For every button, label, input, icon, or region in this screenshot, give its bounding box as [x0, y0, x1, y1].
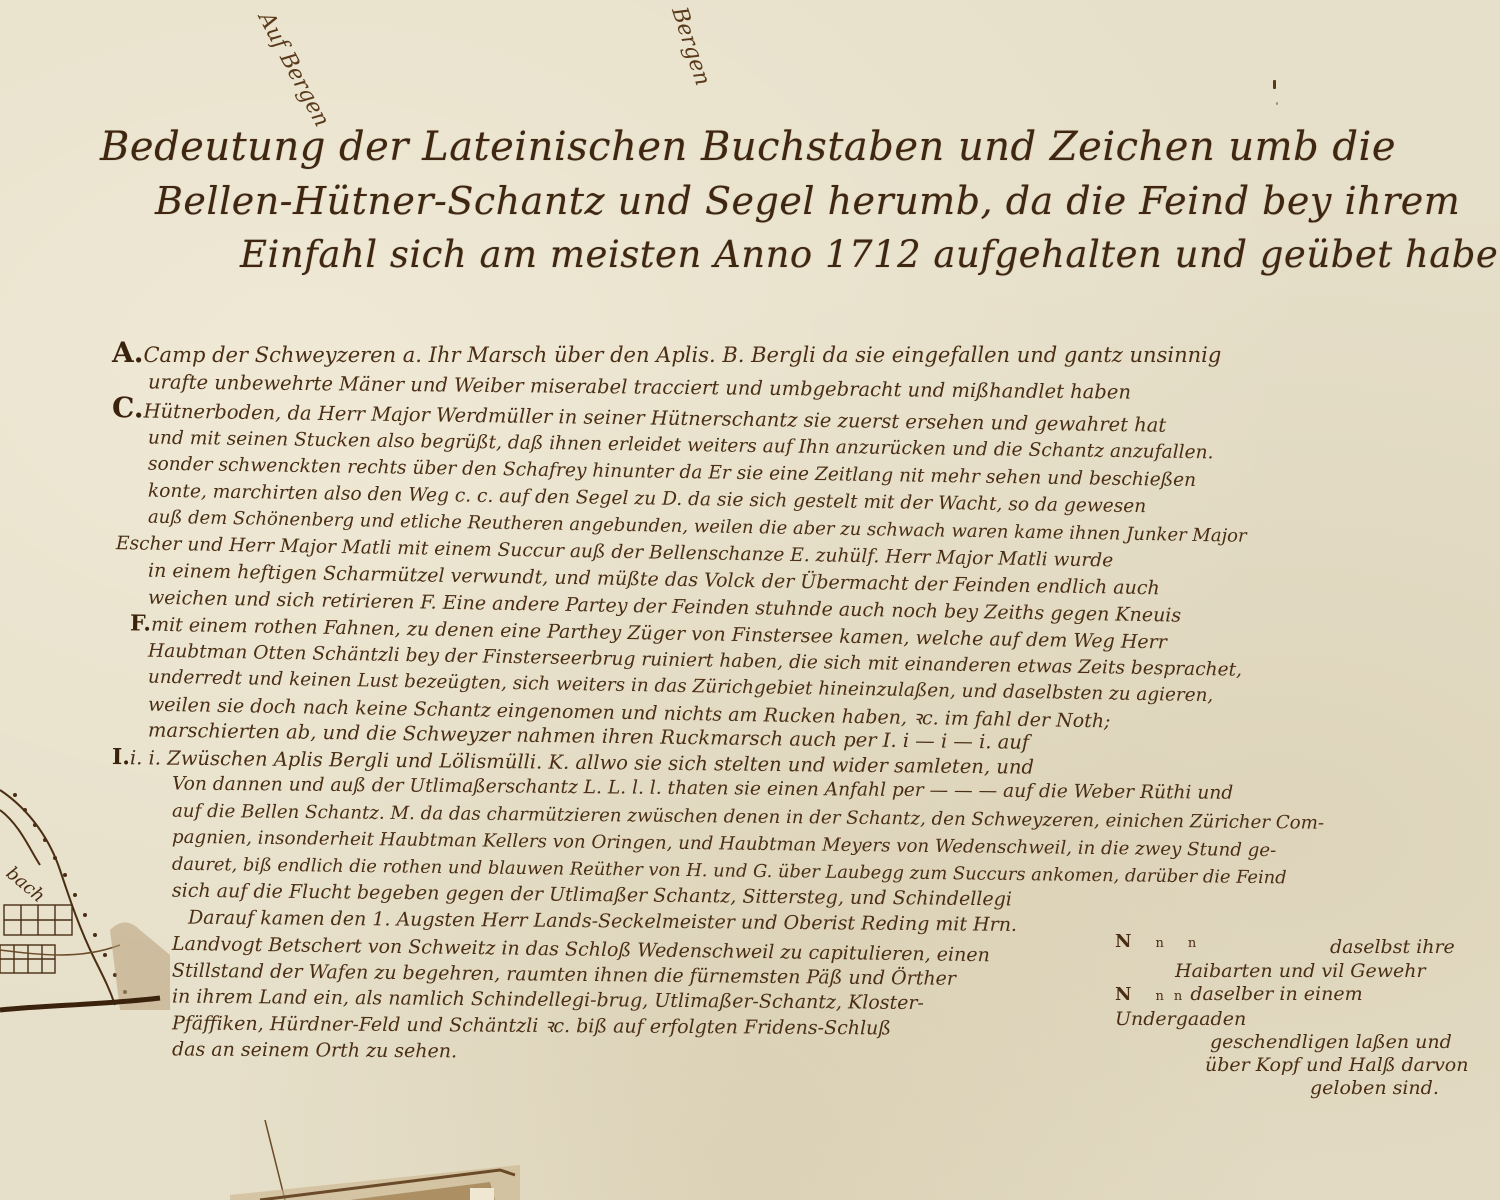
legend-row: A.Camp der Schweyzeren a. Ihr Marsch übe…: [112, 340, 1472, 369]
legend-title: Bedeutung der Lateinischen Buchstaben un…: [100, 120, 1160, 282]
legend-key: C.: [112, 391, 144, 424]
side-note-text: daselbst ihre: [1330, 936, 1455, 959]
map-label-bergen: Bergen: [666, 4, 715, 89]
legend-text: das an seinem Orth zu sehen.: [172, 1038, 457, 1062]
side-note-text: geloben sind.: [1115, 1077, 1475, 1100]
title-line: Bedeutung der Lateinischen Buchstaben un…: [100, 120, 1160, 174]
legend-key: F.: [130, 610, 152, 636]
ink-speck: [1273, 80, 1276, 89]
legend-text: Darauf kamen den 1. Augsten Herr Lands-S…: [188, 906, 1017, 935]
map-label-auf-bergen: Auf Bergen: [253, 8, 334, 131]
marker-n: n: [1188, 936, 1196, 951]
marker-n: n: [1174, 989, 1182, 1004]
title-line: Einfahl sich am meisten Anno 1712 aufgeh…: [100, 228, 1160, 282]
side-note-row: N n n daselbst ihre: [1115, 930, 1475, 954]
side-note-row: N n n daselber in einem Undergaaden: [1115, 983, 1475, 1031]
side-note-text: daselber in einem Undergaaden: [1115, 983, 1363, 1030]
map-label-bach: bach: [2, 863, 49, 907]
marker-n: n: [1156, 936, 1164, 951]
side-note: N n n daselbst ihre Haibarten und vil Ge…: [1115, 930, 1475, 1100]
legend-key: I.: [112, 744, 130, 770]
legend-text: Pfäffiken, Hürdner-Feld und Schäntzli ꝛc…: [172, 1012, 891, 1039]
marker-n: N: [1115, 984, 1131, 1005]
side-note-text: Haibarten und vil Gewehr: [1115, 960, 1475, 983]
map-fragment-left: bach: [0, 780, 170, 1020]
map-fragment-fortification: [200, 1120, 520, 1200]
side-note-text: über Kopf und Halß darvon: [1115, 1054, 1475, 1077]
title-line: Bellen-Hütner-Schantz und Segel herumb, …: [100, 174, 1160, 228]
legend-text: in ihrem Land ein, als namlich Schindell…: [172, 986, 924, 1015]
side-note-text: geschendligen laßen und: [1115, 1031, 1475, 1054]
legend-key: A.: [112, 336, 143, 369]
legend-text: Camp der Schweyzeren a. Ihr Marsch über …: [143, 343, 1221, 367]
ink-speck: [1276, 102, 1278, 105]
marker-n: n: [1156, 989, 1164, 1004]
marker-n: N: [1115, 931, 1131, 952]
